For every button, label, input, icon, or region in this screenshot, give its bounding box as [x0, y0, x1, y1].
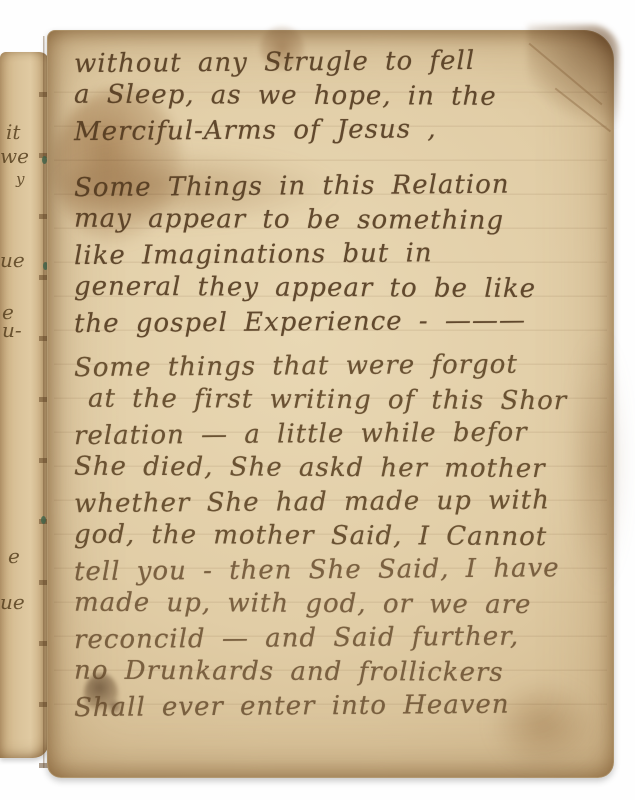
manuscript-line: whether She had made up with	[74, 483, 606, 521]
manuscript-line: without any Strugle to fell	[74, 43, 606, 81]
fragment-text: it	[6, 122, 20, 142]
manuscript-line: made up, with god, or we are	[74, 586, 606, 623]
paragraph: Some things that were forgot at the firs…	[74, 349, 606, 723]
fragment-text: u-	[2, 320, 22, 340]
paragraph: Some Things in this Relation may appear …	[74, 169, 606, 339]
fragment-text: e	[8, 546, 20, 566]
manuscript-line: Shall ever enter into Heaven	[74, 687, 606, 725]
paragraph: without any Strugle to fell a Sleep, as …	[74, 45, 606, 147]
fragment-text: ue	[0, 250, 25, 270]
manuscript-line: like Imaginations but in	[74, 235, 606, 273]
manuscript-line: no Drunkards and frollickers	[74, 654, 606, 691]
manuscript-line: Merciful-Arms of Jesus ,	[74, 111, 606, 149]
manuscript-line: She died, She askd her mother	[74, 450, 606, 487]
manuscript-line: Some things that were forgot	[74, 347, 606, 385]
manuscript-line: Some Things in this Relation	[74, 167, 606, 205]
manuscript-line: a Sleep, as we hope, in the	[74, 78, 606, 115]
manuscript-page: without any Strugle to fell a Sleep, as …	[47, 30, 614, 778]
manuscript-line: may appear to be something	[74, 202, 606, 239]
manuscript-line: at the first writing of this Shor	[74, 382, 606, 419]
manuscript-line: reconcild — and Said further,	[74, 619, 606, 657]
manuscript-line: relation — a little while befor	[74, 415, 606, 453]
manuscript-line: the gospel Experience - ———	[74, 303, 606, 341]
fragment-text: y	[16, 172, 24, 187]
stitch-thread	[41, 516, 46, 524]
fragment-text: ue	[0, 592, 25, 612]
manuscript-line: tell you - then She Said, I have	[74, 551, 606, 589]
manuscript-line: god, the mother Said, I Cannot	[74, 518, 606, 555]
manuscript-scan: it we y ue e u- e ue without any Strugle…	[0, 0, 635, 800]
fragment-text: we	[0, 146, 29, 166]
manuscript-line: general they appear to be like	[74, 270, 606, 307]
handwritten-text: without any Strugle to fell a Sleep, as …	[74, 45, 606, 723]
